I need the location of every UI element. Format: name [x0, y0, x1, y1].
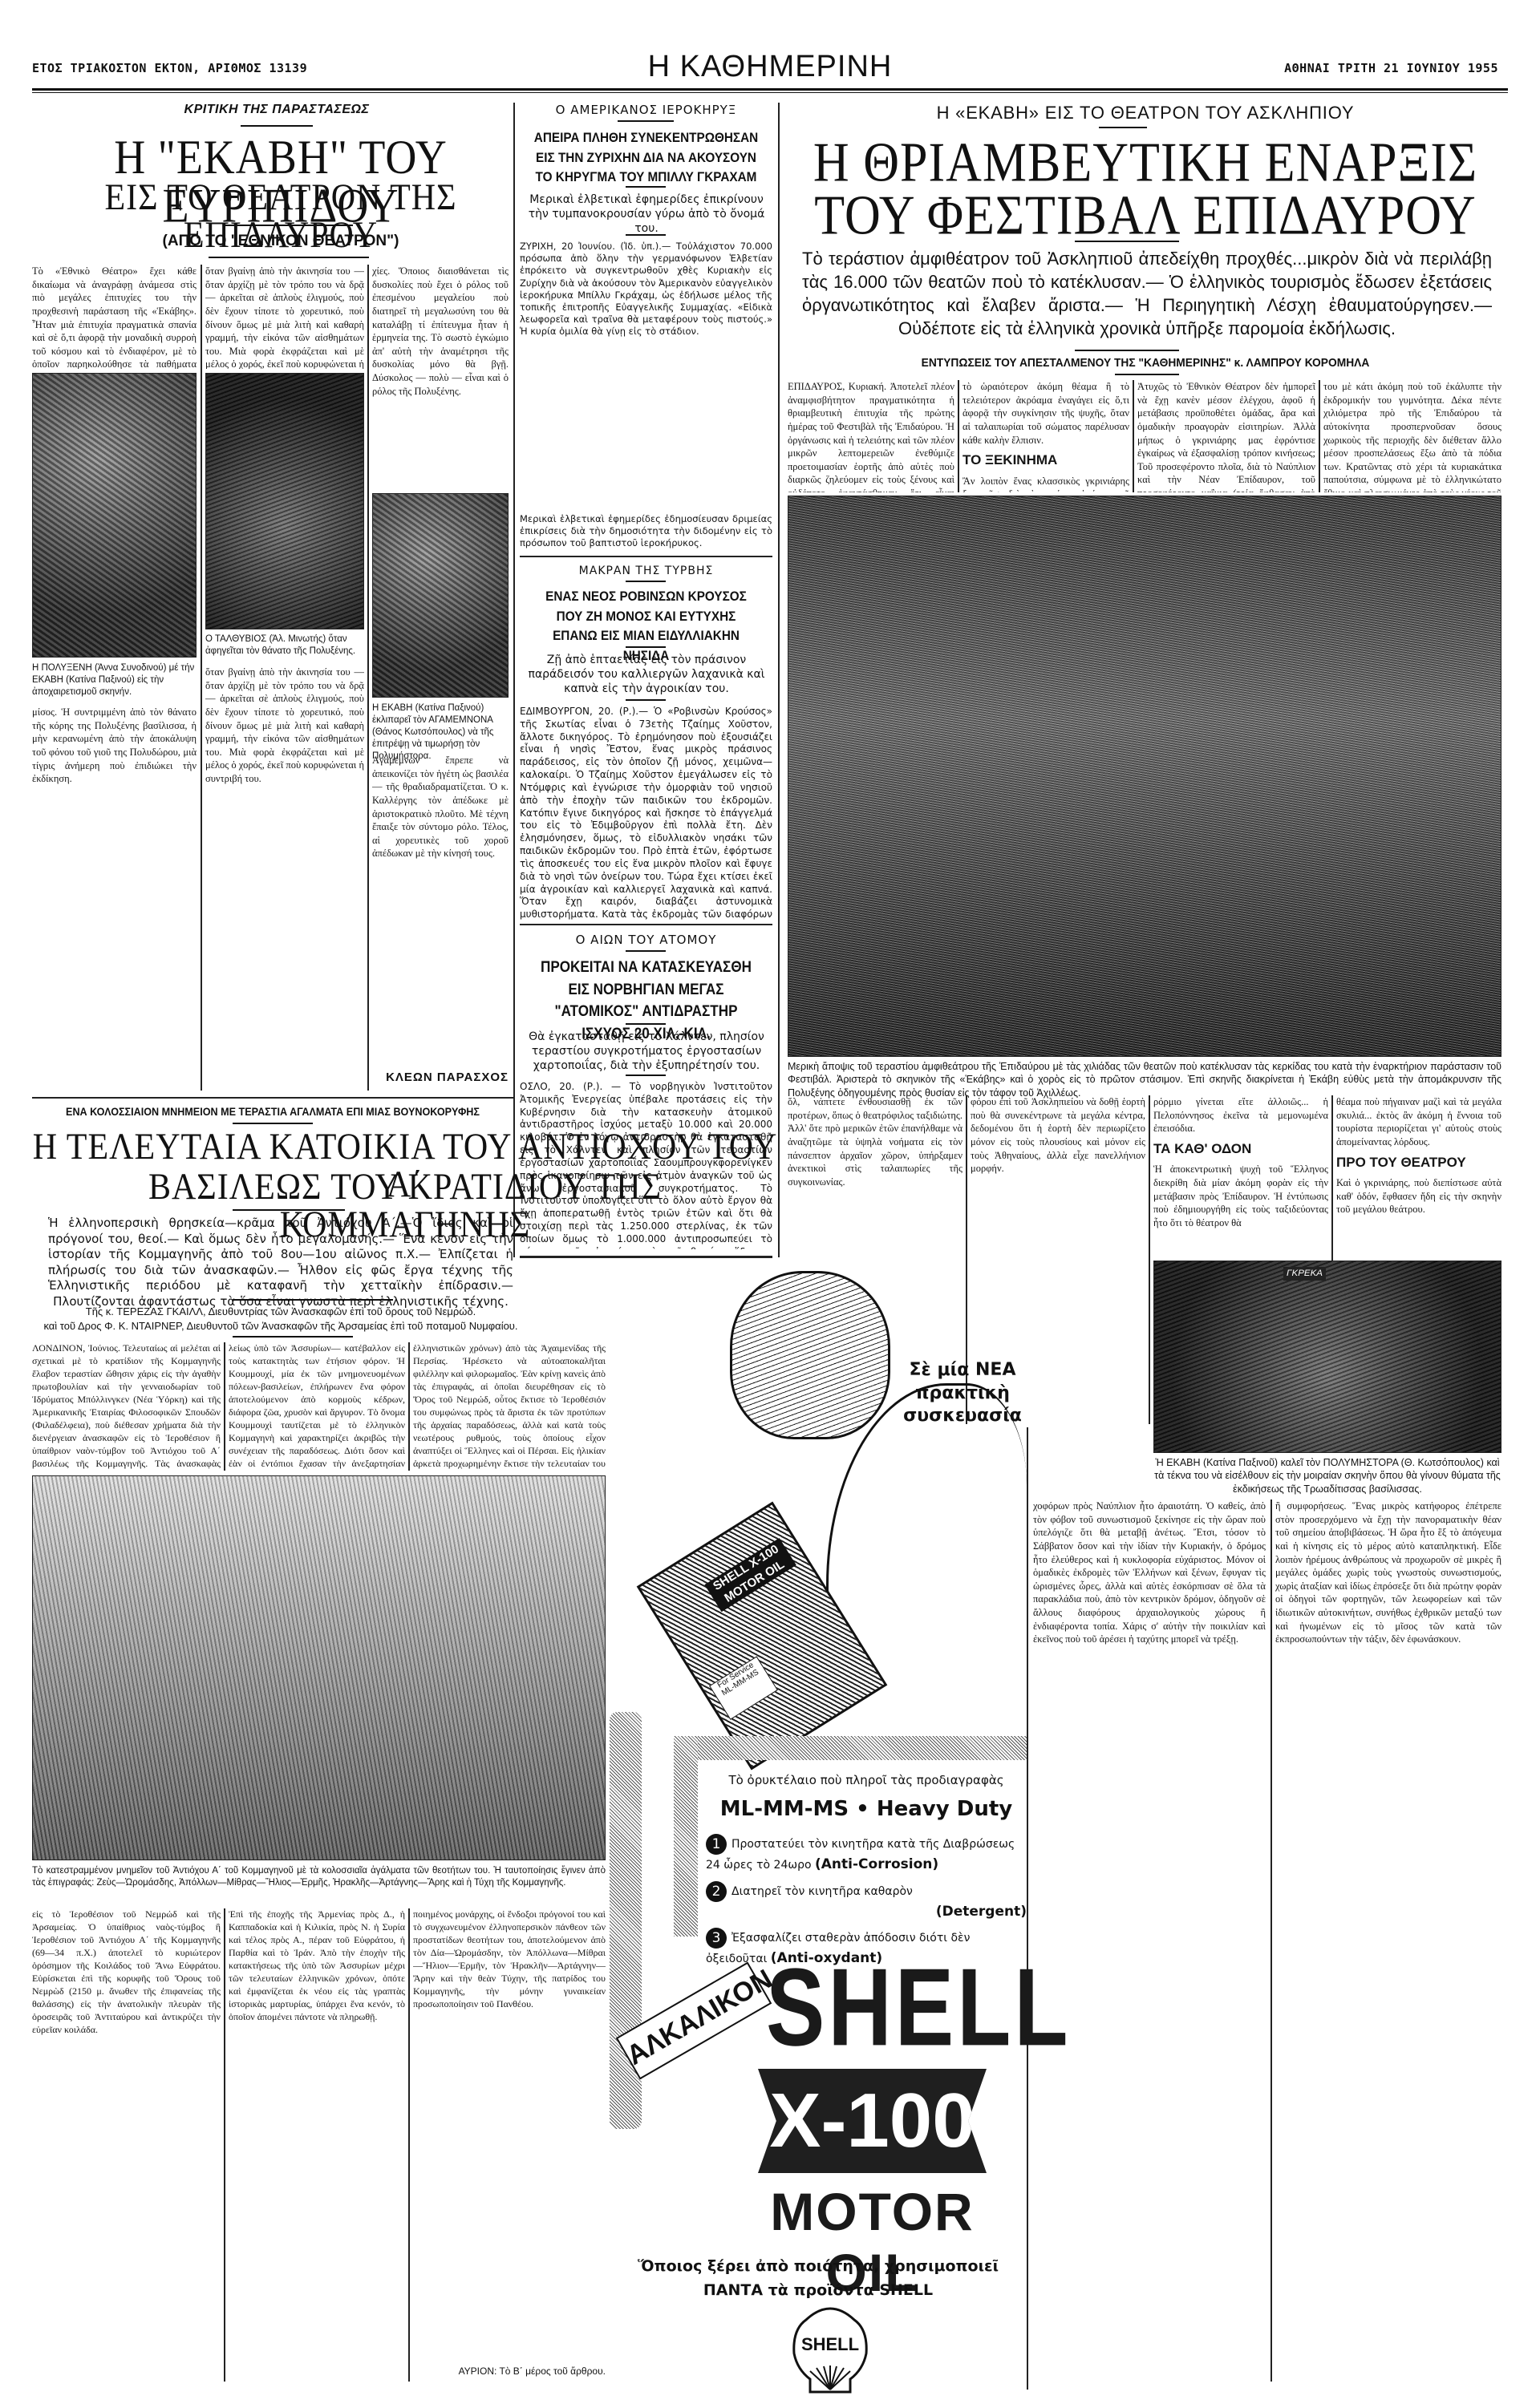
- ad-point-2: 2Διατηρεῖ τὸν κινητῆρα καθαρὸν (Detergen…: [706, 1881, 1027, 1922]
- divider: [233, 1123, 313, 1124]
- festival-lower-col3-text: ρόρμιο γίνεται εἴτε ἀλλοιῶς... ἡ Πελοπόν…: [1153, 1095, 1328, 1135]
- column-rule: [408, 1342, 410, 1471]
- divider: [241, 125, 313, 127]
- column-rule: [408, 1908, 410, 2382]
- kommagene-kicker: ΕΝΑ ΚΟΛΟΣΣΙΑΙΟΝ ΜΝΗΜΕΙΟΝ ΜΕ ΤΕΡΑΣΤΙΑ ΑΓΑ…: [56, 1105, 489, 1118]
- kommagene-byline-1: Τῆς κ. ΤΕΡΕΖΑΣ ΓΚΑΙΛΛ, Διευθυντρίας τῶν …: [32, 1305, 529, 1317]
- divider: [225, 225, 353, 226]
- ad-tagline-1: Σὲ μία ΝΕΑ: [898, 1359, 1027, 1382]
- festival-lower-col4: θέαμα ποὺ πήγαιναν μαζὶ καὶ τὰ μεγάλα σκ…: [1336, 1095, 1501, 1256]
- column-rule: [1149, 1095, 1150, 1424]
- divider: [626, 581, 666, 582]
- shell-logo-text: SHELL: [786, 2334, 874, 2355]
- kommagene-byline-2: καὶ τοῦ Δρος Φ. Κ. ΝΤΑΙΡΝΕΡ, Διευθυντοῦ …: [32, 1320, 529, 1332]
- festival-byline: ΕΝΤΥΠΩΣΕΙΣ ΤΟΥ ΑΠΕΣΤΑΛΜΕΝΟΥ ΤΗΣ "ΚΑΘΗΜΕΡ…: [813, 356, 1477, 370]
- column-rule: [367, 265, 369, 1091]
- ad-point-text: Διατηρεῖ τὸν κινητῆρα καθαρὸν: [731, 1885, 913, 1898]
- divider: [1075, 241, 1179, 242]
- kommagene-deck: Ἡ ἑλληνοπερσικὴ θρησκεία—κρᾶμα τοῦ Ἀντιό…: [48, 1216, 513, 1309]
- crusoe-kicker: ΜΑΚΡΑΝ ΤΗΣ ΤΥΡΒΗΣ: [520, 565, 772, 577]
- number-3-icon: 3: [706, 1928, 727, 1949]
- column-rule: [1270, 1499, 1272, 2382]
- photo-caption: Η ΠΟΛΥΞΕΝΗ (Άννα Συνοδινού) μέ τήν ΕΚΑΒΗ…: [32, 662, 197, 698]
- photo-label: ΓΚΡΕΚΑ: [1283, 1267, 1326, 1281]
- can-sublabel: For Service ML-MM-MS: [709, 1656, 778, 1719]
- photo-caption: Μερικὴ ἄποψις τοῦ τεραστίου ἀμφιθεάτρου …: [788, 1060, 1501, 1099]
- review-subtitle: (ΑΠΟ ΤΟ "ΕΘΝΙΚΟΝ ΘΕΑΤΡΟΝ"): [32, 233, 529, 250]
- divider: [209, 257, 369, 258]
- section-rule: [520, 1256, 772, 1258]
- divider: [618, 120, 674, 122]
- divider: [1099, 127, 1147, 128]
- number-1-icon: 1: [706, 1834, 727, 1855]
- festival-subhead: ΤΟ ΞΕΚΙΝΗΜΑ: [962, 451, 1129, 470]
- atom-kicker: Ο ΑΙΩΝ ΤΟΥ ΑΤΟΜΟΥ: [520, 933, 772, 947]
- ad-point-1: 1Προστατεύει τὸν κινητῆρα κατὰ τῆς Διαβρ…: [706, 1834, 1027, 1875]
- shell-logo-icon: SHELL: [786, 2305, 874, 2398]
- ad-tagline: Σὲ μία ΝΕΑ πρακτικὴ συσκευασία: [898, 1359, 1027, 1428]
- divider: [626, 234, 666, 236]
- festival-lower-col3-cont: Ἡ ἀποκεντρωτικὴ ψυχὴ τοῦ Ἕλληνος διεκρίθ…: [1153, 1163, 1328, 1229]
- ad-tagline-2: πρακτικὴ: [898, 1382, 1027, 1406]
- festival-kicker: Η «ΕΚΑΒΗ» ΕΙΣ ΤΟ ΘΕΑΤΡΟΝ ΤΟΥ ΑΣΚΛΗΠΙΟΥ: [784, 103, 1506, 123]
- divider: [626, 1023, 666, 1025]
- ad-spec: ML-MM-MS • Heavy Duty: [706, 1797, 1027, 1821]
- divider: [233, 1336, 353, 1338]
- divider: [626, 699, 666, 701]
- festival-lower-col4-text: θέαμα ποὺ πήγαιναν μαζὶ καὶ τὰ μεγάλα σκ…: [1336, 1095, 1501, 1149]
- photo-hecuba-agamemnon: [372, 493, 509, 698]
- festival-bottom-col1: χοφόρων πρὸς Ναύπλιον ἦτο ἀραιοτάτη. Ὁ κ…: [1033, 1499, 1266, 2382]
- festival-subhead: ΠΡΟ ΤΟΥ ΘΕΑΤΡΟΥ: [1336, 1154, 1501, 1172]
- ad-point-tag: (Anti-Corrosion): [815, 1856, 938, 1872]
- number-2-icon: 2: [706, 1881, 727, 1902]
- photo-epidaurus-theatre: [788, 496, 1501, 1057]
- atom-deck: Θὰ ἐγκατασταθῇ εἰς τὸ Χάλντεν, πλησίον τ…: [526, 1030, 767, 1074]
- kommagene-bottom-col3: ποιημένος μονάρχης, οἱ ἔνδοξοι πρόγονοί …: [413, 1908, 606, 2357]
- divider: [1115, 374, 1179, 375]
- column-rule: [224, 1342, 225, 1471]
- graham-deck: Μερικαὶ ἐλβετικαὶ ἐφημερίδες ἐπικρίνουν …: [526, 192, 767, 237]
- divider: [626, 646, 666, 648]
- section-rule: [520, 556, 772, 557]
- divider: [626, 1074, 666, 1076]
- festival-col2: τὸ ὡραιότερον ἀκόμη θέαμα ἢ τὸ τελειότερ…: [962, 380, 1129, 492]
- crusoe-deck: Ζῇ ἀπὸ ἑπταετίας εἰς τὸν πράσινον παράδε…: [526, 653, 767, 697]
- pipe-decoration: [674, 1736, 1027, 1760]
- ad-point-tag: (Detergent): [706, 1902, 1027, 1922]
- review-byline: ΚΛΕΩΝ ΠΑΡΑΣΧΟΣ: [372, 1070, 509, 1084]
- kommagene-col3: ἑλληνιστικῶν χρόνων) ἀπὸ τὰς Ἀχαιμενίδας…: [413, 1342, 606, 1471]
- kommagene-bottom-col1: εἰς τὸ Ἱεροθέσιον τοῦ Νεμρώδ καὶ τῆς Ἀρσ…: [32, 1908, 221, 2382]
- ad-tagline-3: συσκευασία: [898, 1405, 1027, 1428]
- masthead-rule: [32, 88, 1508, 93]
- review-col3-cont: Ἀγαμέμνων ἔπρεπε νὰ ἀπεικονίζει τὸν ἡγέτ…: [372, 754, 509, 1058]
- photo-talthybios: [205, 373, 364, 629]
- column-rule: [201, 265, 202, 1091]
- kommagene-col1: ΛΟΝΔΙΝΟΝ, Ἰούνιος. Τελευταίως αἱ μελέται…: [32, 1342, 221, 1471]
- festival-headline: Η ΘΡΙΑΜΒΕΥΤΙΚΗ ΕΝΑΡΞΙΣ: [784, 135, 1506, 190]
- divider: [626, 950, 666, 952]
- man-illustration: [730, 1271, 890, 1439]
- column-rule: [1319, 380, 1320, 492]
- column-rule: [224, 1908, 225, 2382]
- review-col1: Τὸ «Ἐθνικὸ Θέατρο» ἔχει κάθε δικαίωμα νὰ…: [32, 265, 197, 369]
- festival-col2-text: τὸ ὡραιότερον ἀκόμη θέαμα ἢ τὸ τελειότερ…: [962, 380, 1129, 447]
- festival-col3: Ἀτυχῶς τὸ Ἐθνικὸν Θέατρον δὲν ἠμπορεῖ νὰ…: [1137, 380, 1315, 492]
- festival-deck: Τὸ τεράστιον ἀμφιθέατρον τοῦ Ἀσκληπιοῦ ἀ…: [802, 247, 1492, 340]
- kommagene-col2: λείως ὑπὸ τῶν Ἀσσυρίων— κατέβαλλον εἰς τ…: [229, 1342, 405, 1471]
- review-col2: ὅταν βγαίνῃ ἀπὸ τὴν ἀκινησία του — ὅταν …: [205, 265, 364, 369]
- divider: [1075, 350, 1179, 351]
- festival-col4: του μὲ κάτι ἀκόμη ποὺ τοῦ ἐκάλυπτε τὴν ἐ…: [1323, 380, 1501, 492]
- can-label: SHELL X-100 MOTOR OIL: [704, 1538, 796, 1612]
- review-col2-cont: ὅταν βγαίνῃ ἀπὸ τὴν ἀκινησία του — ὅταν …: [205, 666, 364, 1091]
- review-col3: χίες. Ὅποιος διαισθάνεται τὶς δυσκολίες …: [372, 265, 509, 489]
- crusoe-body: ΕΔΙΜΒΟΥΡΓΟΝ, 20. (Ρ.).— Ὁ «Ροβινσὼν Κρού…: [520, 706, 772, 921]
- graham-body: ΖΥΡΙΧΗ, 20 Ἰουνίου. (Ἰδ. ὑπ.).— Τοὐλάχισ…: [520, 241, 772, 513]
- festival-bottom-col2: ἢ συμφορήσεως. Ἕνας μικρὸς κατήφορος ἐπέ…: [1275, 1499, 1501, 2382]
- festival-lower-col3: ρόρμιο γίνεται εἴτε ἀλλοιῶς... ἡ Πελοπόν…: [1153, 1095, 1328, 1256]
- ad-intro: Τὸ ὀρυκτέλαιο ποὺ πληροῖ τὰς προδιαγραφὰ…: [706, 1773, 1027, 1787]
- graham-kicker: Ο ΑΜΕΡΙΚΑΝΟΣ ΙΕΡΟΚΗΡΥΞ: [520, 103, 772, 117]
- issue-date: ΑΘΗΝΑΙ ΤΡΙΤΗ 21 ΙΟΥΝΙΟΥ 1955: [1284, 61, 1498, 75]
- festival-lower-col4-cont: Καὶ ὁ γκρινιάρης, ποὺ διεπίστωσε αὐτὰ κα…: [1336, 1176, 1501, 1216]
- column-rule: [513, 103, 515, 1257]
- divider: [626, 186, 666, 188]
- ad-slogan-2: ΠΑΝΤΑ τὰ προϊόντα SHELL: [626, 2281, 1011, 2299]
- review-kicker: ΚΡΙΤΙΚΗ ΤΗΣ ΠΑΡΑΣΤΑΣΕΩΣ: [32, 103, 521, 117]
- graham-tail: Μερικαὶ ἑλβετικαὶ ἐφημερίδες ἐδημοσίευσα…: [520, 513, 772, 555]
- ad-slogan-1: Ὅποιος ξέρει ἀπὸ ποιότητα, χρησιμοποιεῖ: [626, 2257, 1011, 2275]
- festival-subhead: ΤΑ ΚΑΘ' ΟΔΟΝ: [1153, 1140, 1328, 1159]
- photo-hecuba-polymestor: [1153, 1261, 1501, 1453]
- section-rule: [520, 924, 772, 925]
- kommagene-bottom-col2: Ἐπὶ τῆς ἐποχῆς τῆς Ἀρμενίας πρὸς Δ., ἡ Κ…: [229, 1908, 405, 2382]
- festival-col2-cont: Ἂν λοιπὸν ἕνας κλασσικὸς γκρινιάρης ξεκι…: [962, 475, 1129, 492]
- column-rule: [778, 103, 780, 1257]
- column-rule: [1027, 1427, 1028, 2390]
- column-rule: [1133, 380, 1134, 492]
- section-rule: [32, 1097, 513, 1099]
- divider: [233, 1299, 393, 1301]
- festival-col1: ΕΠΙΔΑΥΡΟΣ, Κυριακή. Ἀποτελεῖ πλέον ἀναμφ…: [788, 380, 954, 492]
- shell-advertisement: SHELL X-100 MOTOR OIL For Service ML-MM-…: [610, 1263, 1027, 2402]
- festival-headline-2: ΤΟΥ ΦΕΣΤΙΒΑΛ ΕΠΙΔΑΥΡΟΥ: [784, 188, 1506, 243]
- photo-caption: Τὸ κατεστραμμένον μνημεῖον τοῦ Ἀντιόχου …: [32, 1865, 606, 1889]
- graham-headline: ΑΠΕΙΡΑ ΠΛΗΘΗ ΣΥΝΕΚΕΝΤΡΩΘΗΣΑΝ ΕΙΣ ΤΗΝ ΖΥΡ…: [533, 128, 760, 188]
- shell-brand: SHELL: [766, 1944, 983, 2071]
- review-col1-cont: μίσος. Ἡ συντριμμένη ἀπὸ τὸν θάνατο τῆς …: [32, 706, 197, 1091]
- photo-polyxeni-hecuba: [32, 373, 197, 658]
- column-rule: [958, 380, 959, 492]
- photo-caption: Ἡ ΕΚΑΒΗ (Κατίνα Παξινοῦ) καλεῖ τὸν ΠΟΛΥΜ…: [1153, 1456, 1501, 1495]
- pipe-decoration: [674, 1736, 698, 1937]
- continued-note: ΑΥΡΙΟΝ: Τὸ Β΄ μέρος τοῦ ἄρθρου.: [413, 2366, 606, 2377]
- photo-caption: Ο ΤΑΛΘΥΒΙΟΣ (Άλ. Μινωτής) ὅταν ἀφηγεῖται…: [205, 633, 364, 658]
- photo-nemrut-monument: [32, 1475, 606, 1860]
- x100-product: X-100: [758, 2069, 987, 2173]
- divider: [233, 1209, 345, 1211]
